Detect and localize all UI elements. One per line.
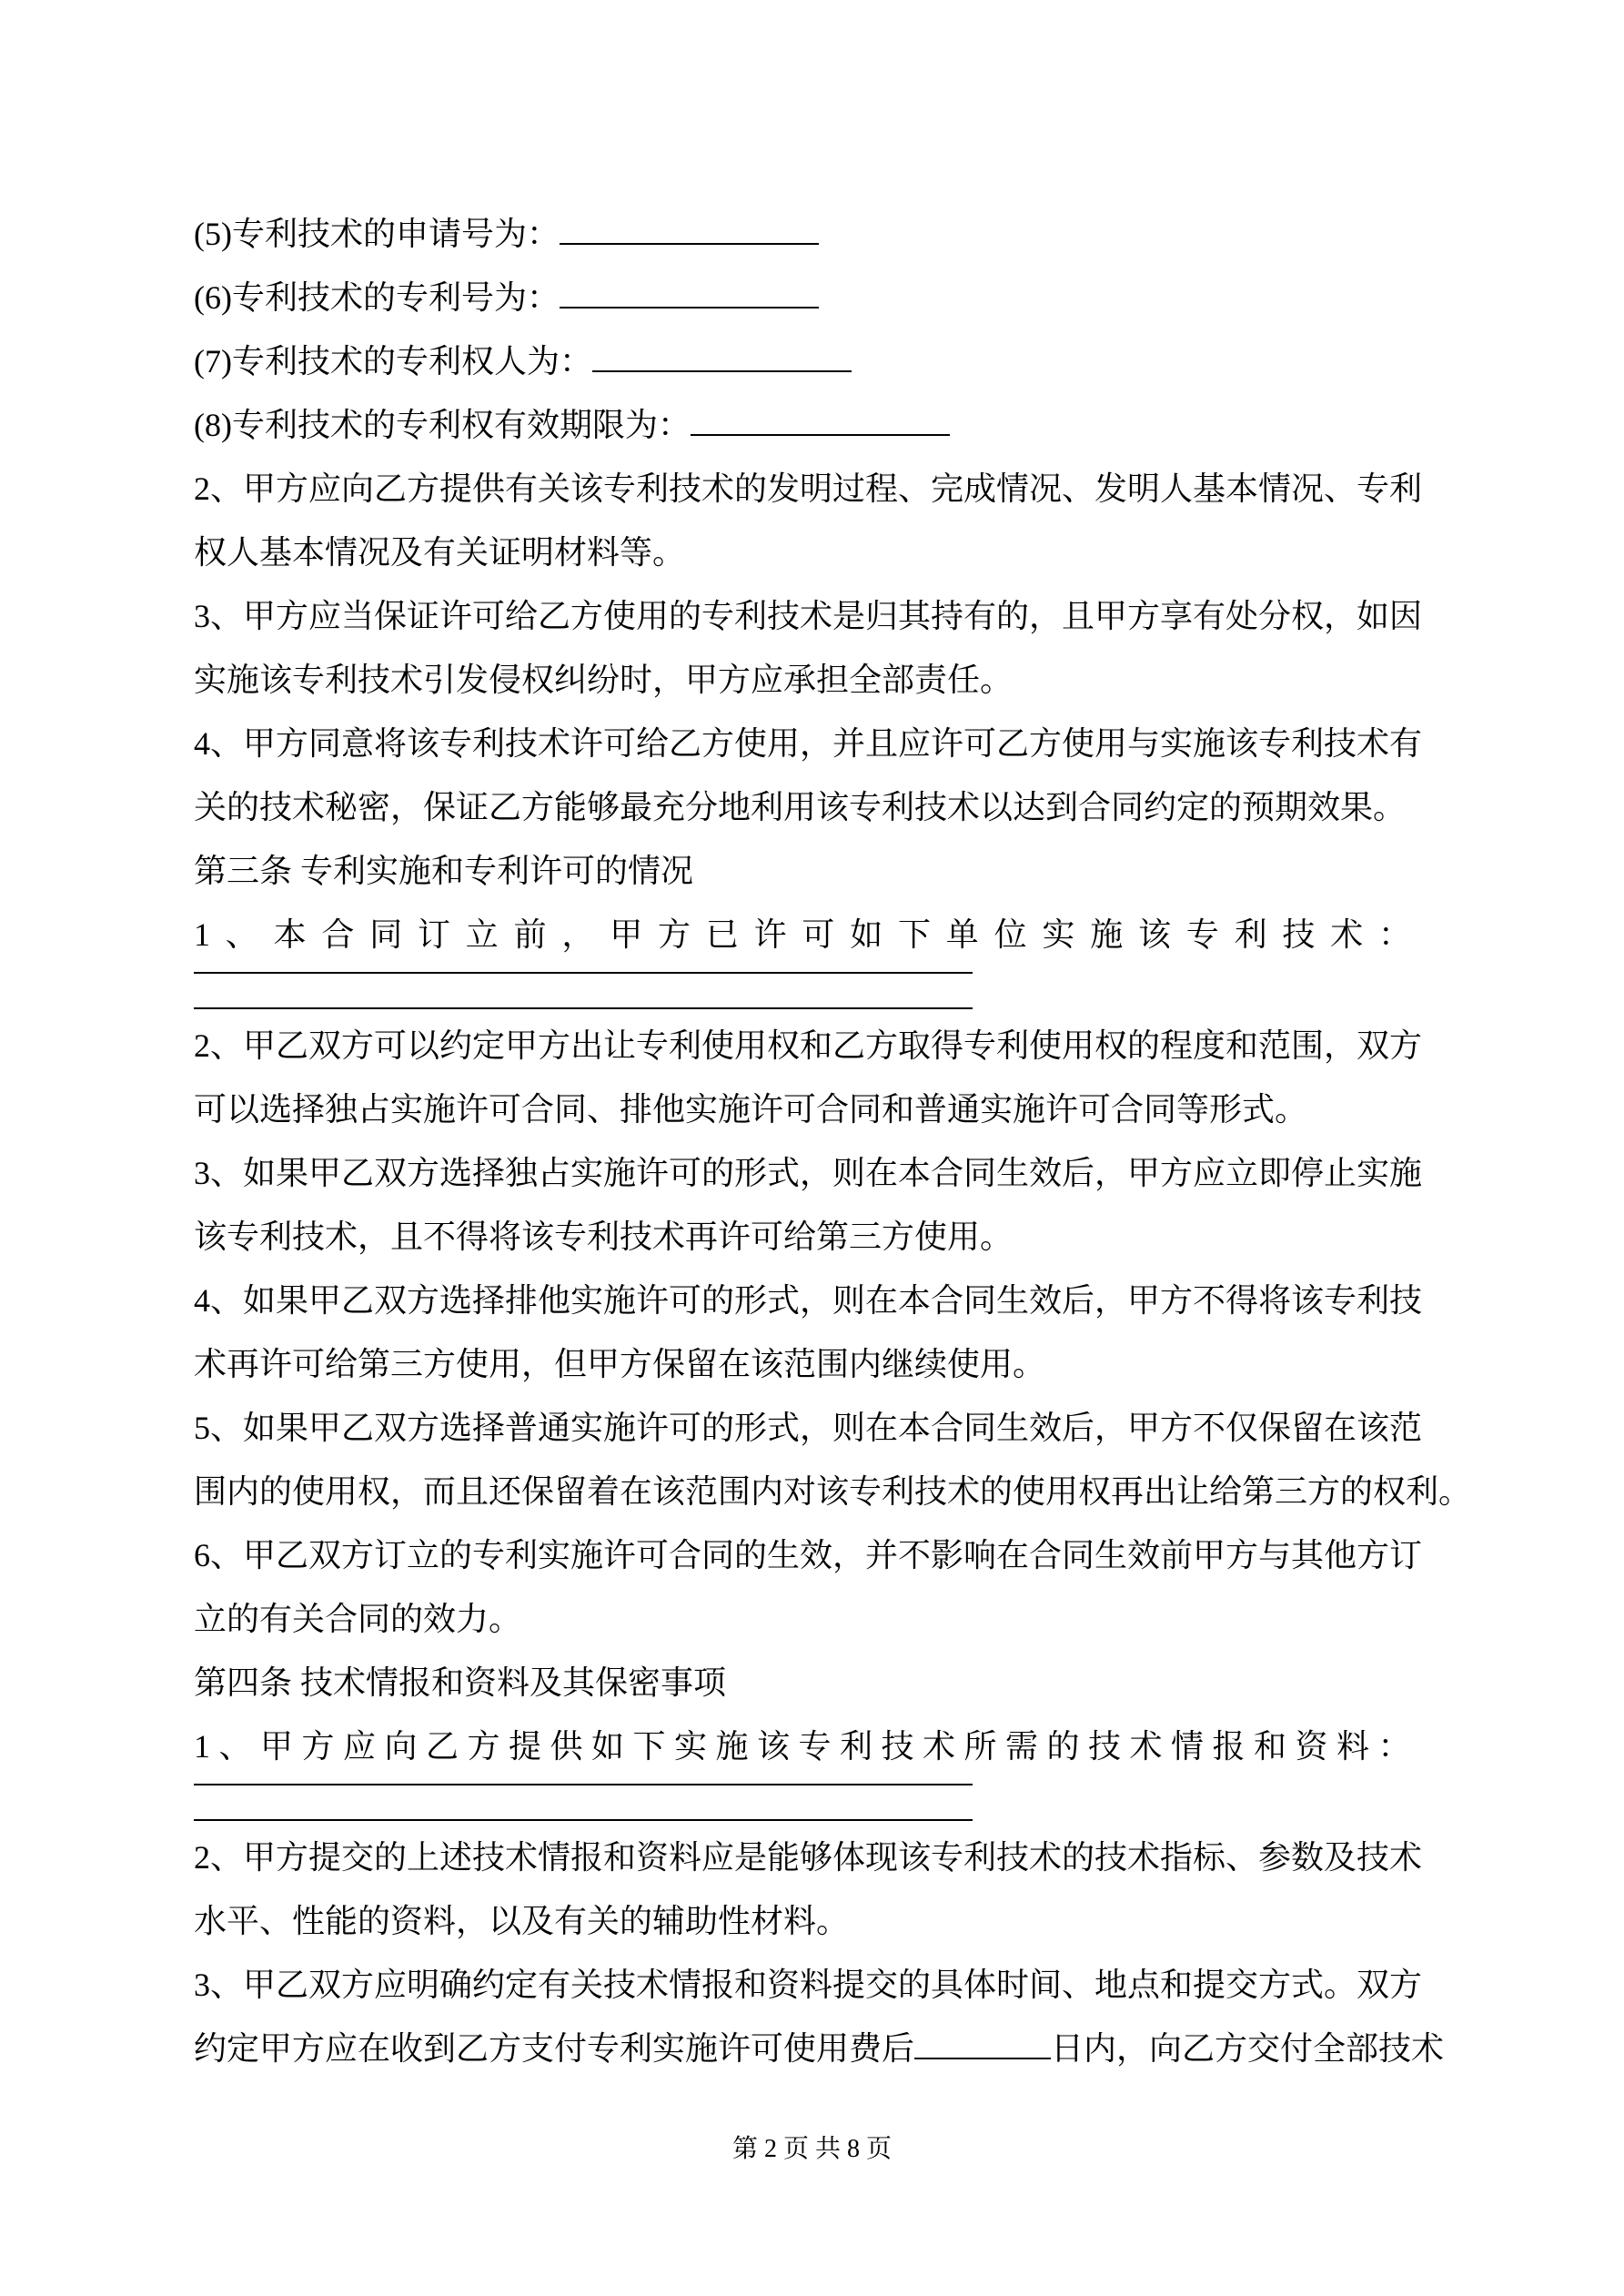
paragraph-line: 2、甲方应向乙方提供有关该专利技术的发明过程、完成情况、发明人基本情况、专利 — [194, 457, 1442, 521]
line-text: 约定甲方应在收到乙方支付专利实施许可使用费后 — [194, 2030, 914, 2067]
line-text: (6)专利技术的专利号为： — [194, 279, 560, 316]
line-text: 日内，向乙方交付全部技术 — [1051, 2030, 1444, 2067]
blank-field — [560, 301, 819, 308]
blank-field — [914, 2052, 1051, 2059]
paragraph-line: 水平、性能的资料，以及有关的辅助性材料。 — [194, 1889, 1442, 1953]
paragraph-line: 实施该专利技术引发侵权纠纷时，甲方应承担全部责任。 — [194, 648, 1442, 712]
paragraph-line: 权人基本情况及有关证明材料等。 — [194, 521, 1442, 584]
blank-field — [194, 1814, 973, 1821]
paragraph-line: 立的有关合同的效力。 — [194, 1587, 1442, 1651]
paragraph-line: 术再许可给第三方使用，但甲方保留在该范围内继续使用。 — [194, 1332, 1442, 1396]
line-text: (5)专利技术的申请号为： — [194, 216, 560, 252]
blank-line — [194, 1778, 973, 1785]
section-heading: 第三条 专利实施和专利许可的情况 — [194, 839, 1442, 903]
paragraph-line: 5、如果甲乙双方选择普通实施许可的形式，则在本合同生效后，甲方不仅保留在该范 — [194, 1396, 1442, 1460]
section-heading: 第四条 技术情报和资料及其保密事项 — [194, 1651, 1442, 1714]
paragraph-line: 该专利技术，且不得将该专利技术再许可给第三方使用。 — [194, 1205, 1442, 1269]
line-text: (8)专利技术的专利权有效期限为： — [194, 407, 691, 443]
paragraph-line: 关的技术秘密，保证乙方能够最充分地利用该专利技术以达到合同约定的预期效果。 — [194, 775, 1442, 839]
page-footer: 第 2 页 共 8 页 — [0, 2118, 1624, 2181]
blank-field — [691, 429, 950, 436]
line-text: (7)专利技术的专利权人为： — [194, 343, 592, 379]
paragraph-line: 约定甲方应在收到乙方支付专利实施许可使用费后日内，向乙方交付全部技术 — [194, 2017, 1442, 2080]
paragraph-line: 3、如果甲乙双方选择独占实施许可的形式，则在本合同生效后，甲方应立即停止实施 — [194, 1141, 1442, 1205]
paragraph-line: (5)专利技术的申请号为： — [194, 202, 1442, 266]
paragraph-line: 4、甲方同意将该专利技术许可给乙方使用，并且应许可乙方使用与实施该专利技术有 — [194, 712, 1442, 775]
blank-field — [592, 365, 852, 372]
paragraph-line: 2、甲方提交的上述技术情报和资料应是能够体现该专利技术的技术指标、参数及技术 — [194, 1826, 1442, 1889]
document-page: (5)专利技术的申请号为：(6)专利技术的专利号为：(7)专利技术的专利权人为：… — [0, 0, 1624, 2296]
paragraph-line: (6)专利技术的专利号为： — [194, 266, 1442, 329]
blank-field — [194, 1002, 973, 1009]
paragraph-line: 1、甲方应向乙方提供如下实施该专利技术所需的技术情报和资料： — [194, 1714, 1442, 1778]
paragraph-line: 围内的使用权，而且还保留着在该范围内对该专利技术的使用权再出让给第三方的权利。 — [194, 1460, 1442, 1523]
blank-field — [560, 238, 819, 245]
paragraph-line: (8)专利技术的专利权有效期限为： — [194, 393, 1442, 457]
paragraph-line: 可以选择独占实施许可合同、排他实施许可合同和普通实施许可合同等形式。 — [194, 1077, 1442, 1141]
paragraph-line: 3、甲方应当保证许可给乙方使用的专利技术是归其持有的，且甲方享有处分权，如因 — [194, 584, 1442, 648]
paragraph-line: 3、甲乙双方应明确约定有关技术情报和资料提交的具体时间、地点和提交方式。双方 — [194, 1953, 1442, 2017]
paragraph-line: 1、本合同订立前，甲方已许可如下单位实施该专利技术： — [194, 903, 1442, 966]
paragraph-line: 6、甲乙双方订立的专利实施许可合同的生效，并不影响在合同生效前甲方与其他方订 — [194, 1523, 1442, 1587]
blank-line — [194, 966, 973, 974]
paragraph-line: (7)专利技术的专利权人为： — [194, 329, 1442, 393]
paragraph-line: 2、甲乙双方可以约定甲方出让专利使用权和乙方取得专利使用权的程度和范围，双方 — [194, 1014, 1442, 1077]
paragraph-line: 4、如果甲乙双方选择排他实施许可的形式，则在本合同生效后，甲方不得将该专利技 — [194, 1269, 1442, 1332]
document-body: (5)专利技术的申请号为：(6)专利技术的专利号为：(7)专利技术的专利权人为：… — [194, 202, 1442, 2080]
